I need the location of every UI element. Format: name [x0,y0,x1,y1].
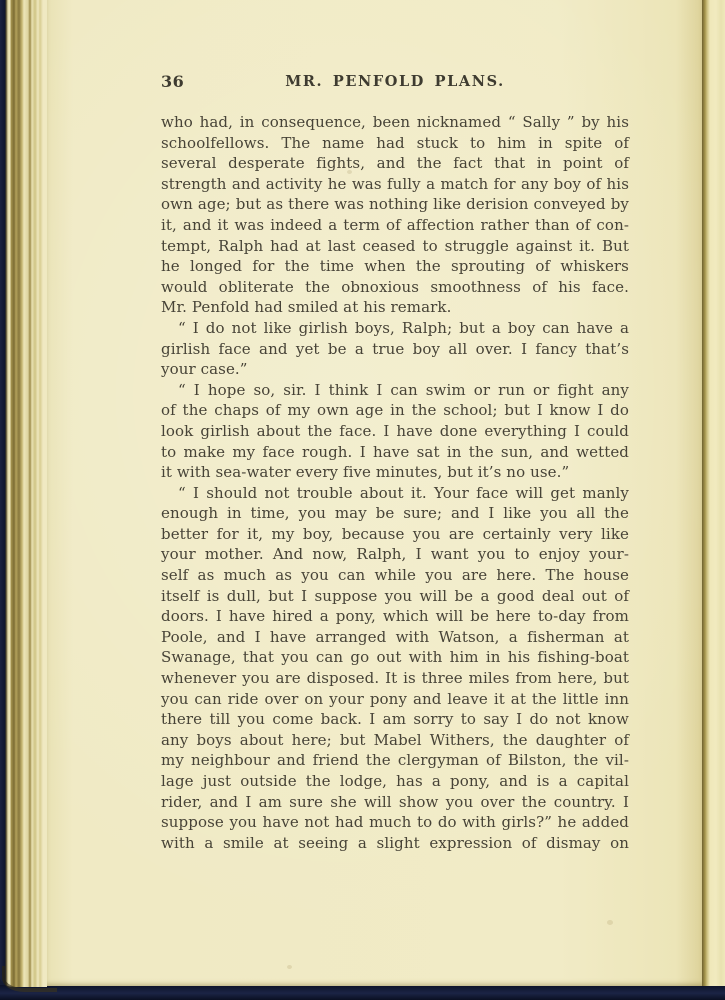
scanned-book-page: 36 MR. PENFOLD PLANS. who had, in conseq… [0,0,725,1000]
text-line: “ I hope so, sir. I think I can swim or … [161,380,629,401]
text-line: doors. I have hired a pony, which will b… [161,606,629,627]
text-line: Poole, and I have arranged with Watson, … [161,627,629,648]
text-line: schoolfellows. The name had stuck to him… [161,133,629,154]
text-line: girlish face and yet be a true boy all o… [161,339,629,360]
text-line: it, and it was indeed a term of affectio… [161,215,629,236]
text-line: would obliterate the obnoxious smoothnes… [161,277,629,298]
book-cover-bottom [0,985,725,1000]
text-line: look girlish about the face. I have done… [161,421,629,442]
text-line: there till you come back. I am sorry to … [161,709,629,730]
text-line: who had, in consequence, been nicknamed … [161,112,629,133]
paper-blemish [287,965,292,969]
text-line: any boys about here; but Mabel Withers, … [161,730,629,751]
text-line: rider, and I am sure she will show you o… [161,792,629,813]
text-line: my neighbour and friend the clergyman of… [161,750,629,771]
text-line: better for it, my boy, because you are c… [161,524,629,545]
text-line: Mr. Penfold had smiled at his remark. [161,297,629,318]
text-line: your case.” [161,359,629,380]
page-text: who had, in consequence, been nicknamed … [161,112,629,853]
text-line: several desperate fights, and the fact t… [161,153,629,174]
page-header: 36 MR. PENFOLD PLANS. [161,72,629,94]
text-line: enough in time, you may be sure; and I l… [161,503,629,524]
text-line: itself is dull, but I suppose you will b… [161,586,629,607]
text-line: strength and activity he was fully a mat… [161,174,629,195]
text-line: Swanage, that you can go out with him in… [161,647,629,668]
text-line: own age; but as there was nothing like d… [161,194,629,215]
text-line: it with sea-water every five minutes, bu… [161,462,629,483]
text-line: with a smile at seeing a slight expressi… [161,833,629,854]
running-header: MR. PENFOLD PLANS. [161,73,629,90]
text-line: whenever you are disposed. It is three m… [161,668,629,689]
text-line: he longed for the time when the sproutin… [161,256,629,277]
text-line: to make my face rough. I have sat in the… [161,442,629,463]
text-line: you can ride over on your pony and leave… [161,689,629,710]
text-line: of the chaps of my own age in the school… [161,400,629,421]
paper-blemish [347,170,352,174]
adjacent-page-edge [702,0,725,986]
text-line: tempt, Ralph had at last ceased to strug… [161,236,629,257]
text-line: self as much as you can while you are he… [161,565,629,586]
text-line: your mother. And now, Ralph, I want you … [161,544,629,565]
text-line: lage just outside the lodge, has a pony,… [161,771,629,792]
paper-blemish [607,920,613,925]
text-line: suppose you have not had much to do with… [161,812,629,833]
book-page: 36 MR. PENFOLD PLANS. who had, in conseq… [47,0,702,986]
text-line: “ I do not like girlish boys, Ralph; but… [161,318,629,339]
page-edges-left [0,0,47,987]
text-line: “ I should not trouble about it. Your fa… [161,483,629,504]
